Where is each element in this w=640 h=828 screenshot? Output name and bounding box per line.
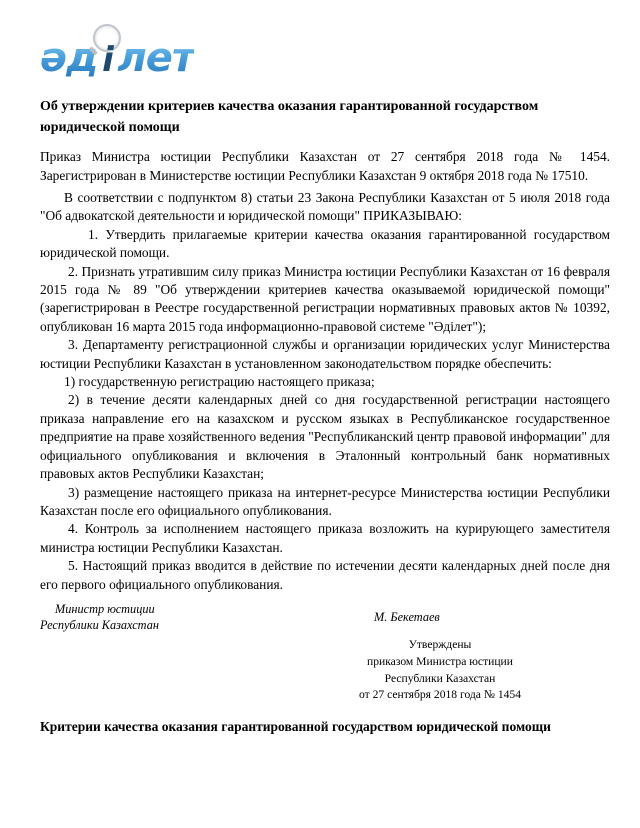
document-page: әділет Об утверждении критериев качества… <box>0 0 640 828</box>
approval-line3: Республики Казахстан <box>325 671 555 688</box>
signatory-name: М. Бекетаев <box>374 610 440 625</box>
approval-line2: приказом Министра юстиции <box>325 654 555 671</box>
approval-line1: Утверждены <box>325 637 555 654</box>
adilet-logo: әділет <box>40 33 610 88</box>
signatory-position: Министр юстиции Республики Казахстан <box>40 601 159 634</box>
document-title: Об утверждении критериев качества оказан… <box>40 96 610 138</box>
signature-block: Министр юстиции Республики Казахстан М. … <box>40 601 610 634</box>
approval-line4: от 27 сентября 2018 года № 1454 <box>325 687 555 704</box>
approval-block: Утверждены приказом Министра юстиции Рес… <box>325 637 555 704</box>
paragraph-preamble: В соответствии с подпунктом 8) статьи 23… <box>40 189 610 226</box>
logo-magnifier: і <box>97 33 117 85</box>
paragraph-item-1: 1. Утвердить прилагаемые критерии качест… <box>40 226 610 263</box>
paragraph-subitem-1: 1) государственную регистрацию настоящег… <box>40 373 610 391</box>
paragraph-item-4: 4. Контроль за исполнением настоящего пр… <box>40 520 610 557</box>
paragraph-subitem-3: 3) размещение настоящего приказа на инте… <box>40 484 610 521</box>
paragraph-subitem-2: 2) в течение десяти календарных дней со … <box>40 391 610 483</box>
paragraph-item-2: 2. Признать утратившим силу приказ Минис… <box>40 263 610 337</box>
paragraph-item-5: 5. Настоящий приказ вводится в действие … <box>40 557 610 594</box>
paragraph-item-3: 3. Департаменту регистрационной службы и… <box>40 336 610 373</box>
logo-text-end: лет <box>117 35 194 81</box>
signatory-position-line2: Республики Казахстан <box>40 617 159 634</box>
annex-title: Критерии качества оказания гарантированн… <box>40 717 610 736</box>
logo-text-start: әд <box>40 35 97 81</box>
signatory-position-line1: Министр юстиции <box>40 601 159 618</box>
order-meta: Приказ Министра юстиции Республики Казах… <box>40 147 610 185</box>
logo-letter-i: і <box>102 40 113 80</box>
